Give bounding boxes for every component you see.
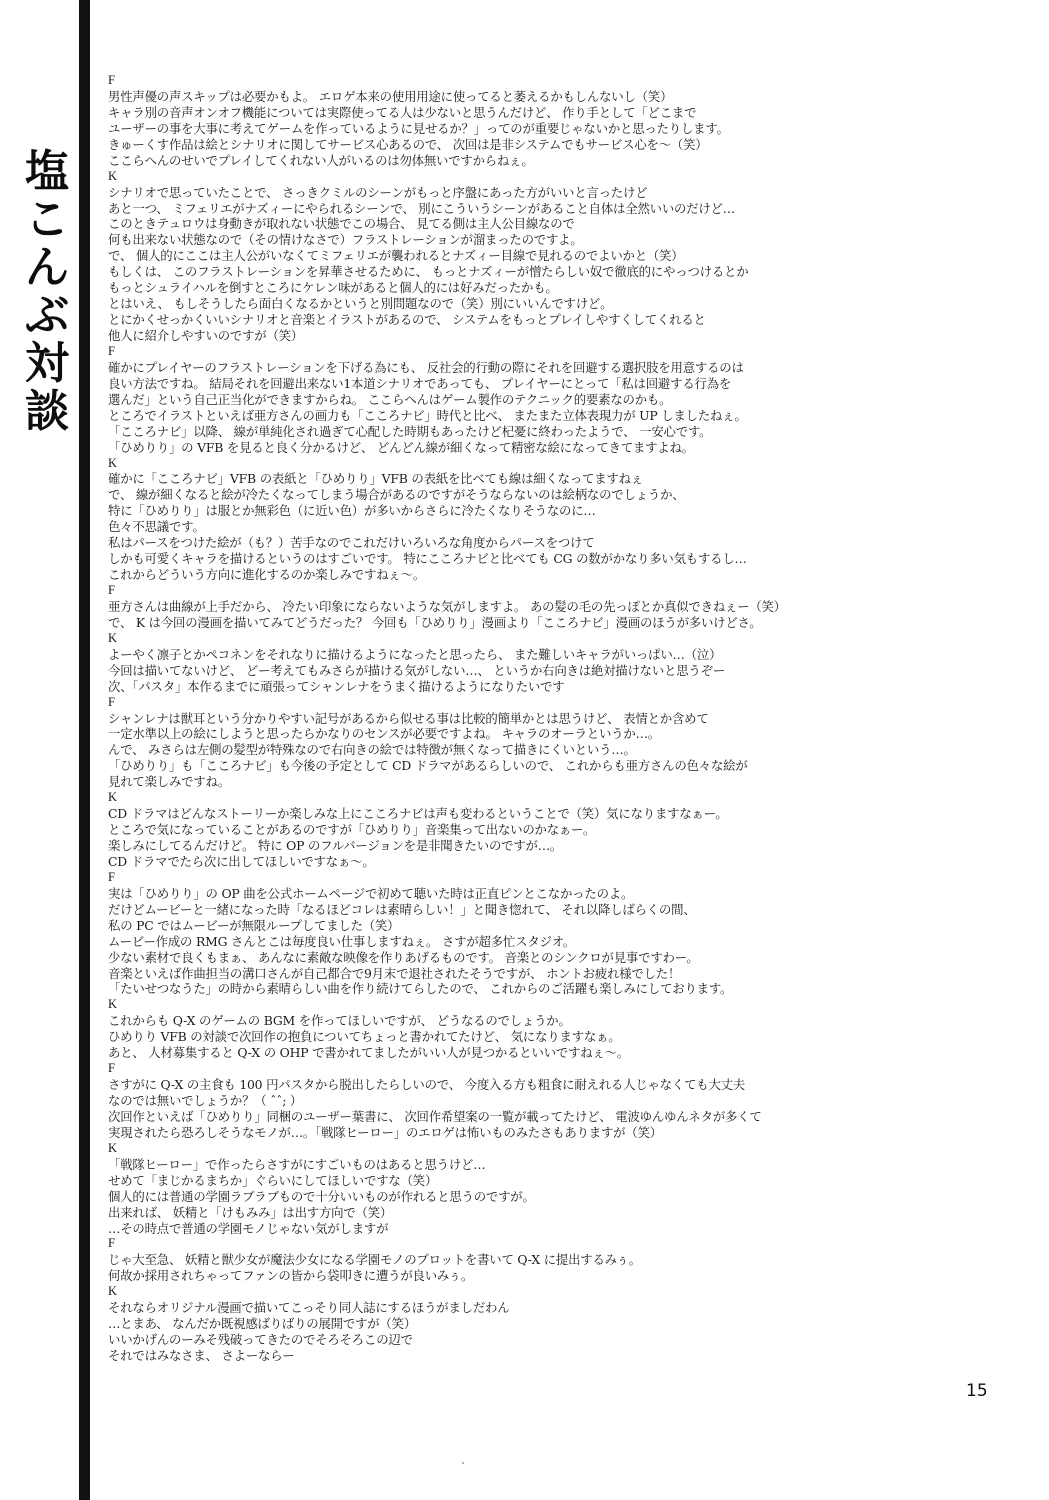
dialogue-line: …とまあ、 なんだか既視感ばりばりの展開ですが（笑） [108, 1316, 938, 1332]
speaker-label: F [108, 870, 938, 886]
dialogue-line: せめて「まじかるまちか」ぐらいにしてほしいですな（笑） [108, 1173, 938, 1189]
dialogue-line: 楽しみにしてるんだけど。 特に OP のフルバージョンを是非聞きたいのですが…。 [108, 838, 938, 854]
dialogue-line: で、 K は今回の漫画を描いてみてどうだった？ 今回も「ひめりり」漫画より「ここ… [108, 615, 938, 631]
dialogue-line: 選んだ」という自己正当化ができますからね。 ここらへんはゲーム製作のテクニック的… [108, 392, 938, 408]
dialogue-line: ところでイラストといえば亜方さんの画力も「こころナビ」時代と比べ、 またまた立体… [108, 408, 938, 424]
dialogue-line: 特に「ひめりり」は服とか無彩色（に近い色）が多いからさらに冷たくなりそうなのに… [108, 503, 938, 519]
dialogue-line: じゃ大至急、 妖精と獣少女が魔法少女になる学園モノのプロットを書いて Q-X に… [108, 1252, 938, 1268]
dialogue-line: ムービー作成の RMG さんとこは毎度良い仕事しますねぇ。 さすが超多忙スタジオ… [108, 934, 938, 950]
dialogue-line: 何も出来ない状態なので（その情けなさで）フラストレーションが溜まったのですよ。 [108, 232, 938, 248]
dialogue-line: それならオリジナル漫画で描いてこっそり同人誌にするほうがましだわん [108, 1300, 938, 1316]
speaker-label: K [108, 631, 938, 647]
dialogue-line: もっとシュライハルを倒すところにケレン味があると個人的には好みだったかも。 [108, 280, 938, 296]
dialogue-line: で、 個人的にここは主人公がいなくてミフェリエが襲われるとナズィー目線で見れるの… [108, 248, 938, 264]
scan-speck [462, 1462, 464, 1464]
dialogue-line: これからも Q-X のゲームの BGM を作ってほしいですが、 どうなるのでしょ… [108, 1013, 938, 1029]
dialogue-line: 一定水準以上の絵にしようと思ったらかなりのセンスが必要ですよね。 キャラのオーラ… [108, 726, 938, 742]
speaker-label: F [108, 344, 938, 360]
dialogue-line: ここらへんのせいでプレイしてくれない人がいるのは勿体無いですからねぇ。 [108, 153, 938, 169]
dialogue-line: あと、 人材募集すると Q-X の OHP で書かれてましたがいい人が見つかると… [108, 1045, 938, 1061]
title-char: 談 [22, 388, 72, 436]
speaker-label: K [108, 997, 938, 1013]
dialogue-line: なのでは無いでしょうか？（ ˆˆ; ） [108, 1093, 938, 1109]
title-char: こ [22, 196, 72, 244]
dialogue-line: 次、「パスタ」本作るまでに頑張ってシャンレナをうまく描けるようになりたいです [108, 679, 938, 695]
dialogue-line: 「ひめりり」の VFB を見ると良く分かるけど、 どんどん線が細くなって精密な絵… [108, 440, 938, 456]
dialogue-line: シナリオで思っていたことで、 さっきクミルのシーンがもっと序盤にあった方がいいと… [108, 185, 938, 201]
dialogue-line: 見れて楽しみですね。 [108, 774, 938, 790]
dialogue-line: ところで気になっていることがあるのですが「ひめりり」音楽集って出ないのかなぁー。 [108, 822, 938, 838]
dialogue-line: 「戦隊ヒーロー」で作ったらさすがにすごいものはあると思うけど… [108, 1157, 938, 1173]
dialogue-line: よーやく凛子とかペコネンをそれなりに描けるようになったと思ったら、 また難しいキ… [108, 647, 938, 663]
dialogue-line: 「たいせつなうた」の時から素晴らしい曲を作り続けてらしたので、 これからのご活躍… [108, 981, 938, 997]
title-char: ぶ [22, 292, 72, 340]
title-char: 対 [22, 340, 72, 388]
speaker-label: F [108, 695, 938, 711]
dialogue-line: 他人に紹介しやすいのですが（笑） [108, 328, 938, 344]
dialogue-line: 亜方さんは曲線が上手だから、 冷たい印象にならないような気がしますよ。 あの髪の… [108, 599, 938, 615]
dialogue-line: 音楽といえば作曲担当の溝口さんが自己都合で9月末で退社されたそうですが、 ホント… [108, 966, 938, 982]
dialogue-line: 確かに「こころナビ」VFB の表紙と「ひめりり」VFB の表紙を比べても線は細く… [108, 471, 938, 487]
dialogue-line: きゅーくす作品は絵とシナリオに関してサービス心あるので、 次回は是非システムでも… [108, 137, 938, 153]
speaker-label: K [108, 456, 938, 472]
dialogue-line: 良い方法ですね。 結局それを回避出来ない1本道シナリオであっても、 プレイヤーに… [108, 376, 938, 392]
dialogue-line: シャンレナは獣耳という分かりやすい記号があるから似せる事は比較的簡単かとは思うけ… [108, 711, 938, 727]
title-char: 塩 [22, 148, 72, 196]
dialogue-line: それではみなさま、 さよーならー [108, 1348, 938, 1364]
dialogue-line: んで、 みさらは左側の髪型が特殊なので右向きの絵では特徴が無くなって描きにくいと… [108, 742, 938, 758]
page-number: 15 [966, 1381, 988, 1401]
speaker-label: F [108, 73, 938, 89]
dialogue-line: とはいえ、 もしそうしたら面白くなるかというと別問題なので（笑）別にいいんですけ… [108, 296, 938, 312]
dialogue-line: いいかげんのーみそ残破ってきたのでそろそろこの辺で [108, 1332, 938, 1348]
vertical-title: 塩 こ ん ぶ 対 談 [22, 148, 72, 436]
speaker-label: K [108, 790, 938, 806]
dialogue-line: CD ドラマはどんなストーリーか楽しみな上にこころナビは声も変わるということで（… [108, 806, 938, 822]
dialogue-line: さすがに Q-X の主食も 100 円パスタから脱出したらしいので、 今度入る方… [108, 1077, 938, 1093]
dialogue-line: 実現されたら恐ろしそうなモノが…。「戦隊ヒーロー」のエロゲは怖いものみたさもあり… [108, 1125, 938, 1141]
dialogue-line: とにかくせっかくいいシナリオと音楽とイラストがあるので、 システムをもっとプレイ… [108, 312, 938, 328]
dialogue-line: だけどムービーと一緒になった時「なるほどコレは素晴らしい！」と聞き惚れて、 それ… [108, 902, 938, 918]
dialogue-line: ユーザーの事を大事に考えてゲームを作っているように見せるか？」ってのが重要じゃな… [108, 121, 938, 137]
speaker-label: K [108, 1284, 938, 1300]
dialogue-line: このときテュロウは身動きが取れない状態でこの場合、 見てる側は主人公目線なので [108, 216, 938, 232]
dialogue-line: 確かにプレイヤーのフラストレーションを下げる為にも、 反社会的行動の際にそれを回… [108, 360, 938, 376]
dialogue-line: ひめりり VFB の対談で次回作の抱負についてちょっと書かれてたけど、 気になり… [108, 1029, 938, 1045]
dialogue-line: 今回は描いてないけど、 どー考えてもみさらが描ける気がしない…、 というか右向き… [108, 663, 938, 679]
dialogue-line: で、 線が細くなると絵が冷たくなってしまう場合があるのですがそうならないのは絵柄… [108, 487, 938, 503]
dialogue-line: 私の PC ではムービーが無限ループしてました（笑） [108, 918, 938, 934]
title-char: ん [22, 244, 72, 292]
dialogue-line: …その時点で普通の学園モノじゃない気がしますが [108, 1221, 938, 1237]
speaker-label: F [108, 1236, 938, 1252]
dialogue-line: 出来れば、 妖精と「けもみみ」は出す方向で（笑） [108, 1205, 938, 1221]
dialogue-line: CD ドラマでたら次に出してほしいですなぁ～。 [108, 854, 938, 870]
dialogue-body: F男性声優の声スキップは必要かもよ。 エロゲ本来の使用用途に使ってると萎えるかも… [108, 73, 938, 1364]
dialogue-line: 少ない素材で良くもまぁ、 あんなに素敵な映像を作りあげるものです。 音楽とのシン… [108, 950, 938, 966]
dialogue-line: あと一つ、 ミフェリエがナズィーにやられるシーンで、 別にこういうシーンがあるこ… [108, 201, 938, 217]
dialogue-line: 個人的には普通の学園ラブラブもので十分いいものが作れると思うのですが。 [108, 1189, 938, 1205]
speaker-label: F [108, 1061, 938, 1077]
dialogue-line: 私はパースをつけた絵が（も？）苦手なのでこれだけいろいろな角度からパースをつけて [108, 535, 938, 551]
dialogue-line: 色々不思議です。 [108, 519, 938, 535]
speaker-label: K [108, 1141, 938, 1157]
dialogue-line: 何故か採用されちゃってファンの皆から袋叩きに遭うが良いみぅ。 [108, 1268, 938, 1284]
dialogue-line: しかも可愛くキャラを描けるというのはすごいです。 特にこころナビと比べても CG… [108, 551, 938, 567]
dialogue-line: 「こころナビ」以降、 線が単純化され過ぎて心配した時期もあったけど杞憂に終わった… [108, 424, 938, 440]
vertical-divider-bar [79, 0, 90, 1500]
dialogue-line: 実は「ひめりり」の OP 曲を公式ホームページで初めて聴いた時は正直ピンとこなか… [108, 886, 938, 902]
dialogue-line: これからどういう方向に進化するのか楽しみですねぇ～。 [108, 567, 938, 583]
speaker-label: F [108, 583, 938, 599]
dialogue-line: 次回作といえば「ひめりり」同梱のユーザー葉書に、 次回作希望案の一覧が載ってたけ… [108, 1109, 938, 1125]
dialogue-line: キャラ別の音声オンオフ機能については実際使ってる人は少ないと思うんだけど、 作り… [108, 105, 938, 121]
dialogue-line: 男性声優の声スキップは必要かもよ。 エロゲ本来の使用用途に使ってると萎えるかもし… [108, 89, 938, 105]
speaker-label: K [108, 169, 938, 185]
dialogue-line: もしくは、 このフラストレーションを昇華させるために、 もっとナズィーが憎たらし… [108, 264, 938, 280]
dialogue-line: 「ひめりり」も「こころナビ」も今後の予定として CD ドラマがあるらしいので、 … [108, 758, 938, 774]
